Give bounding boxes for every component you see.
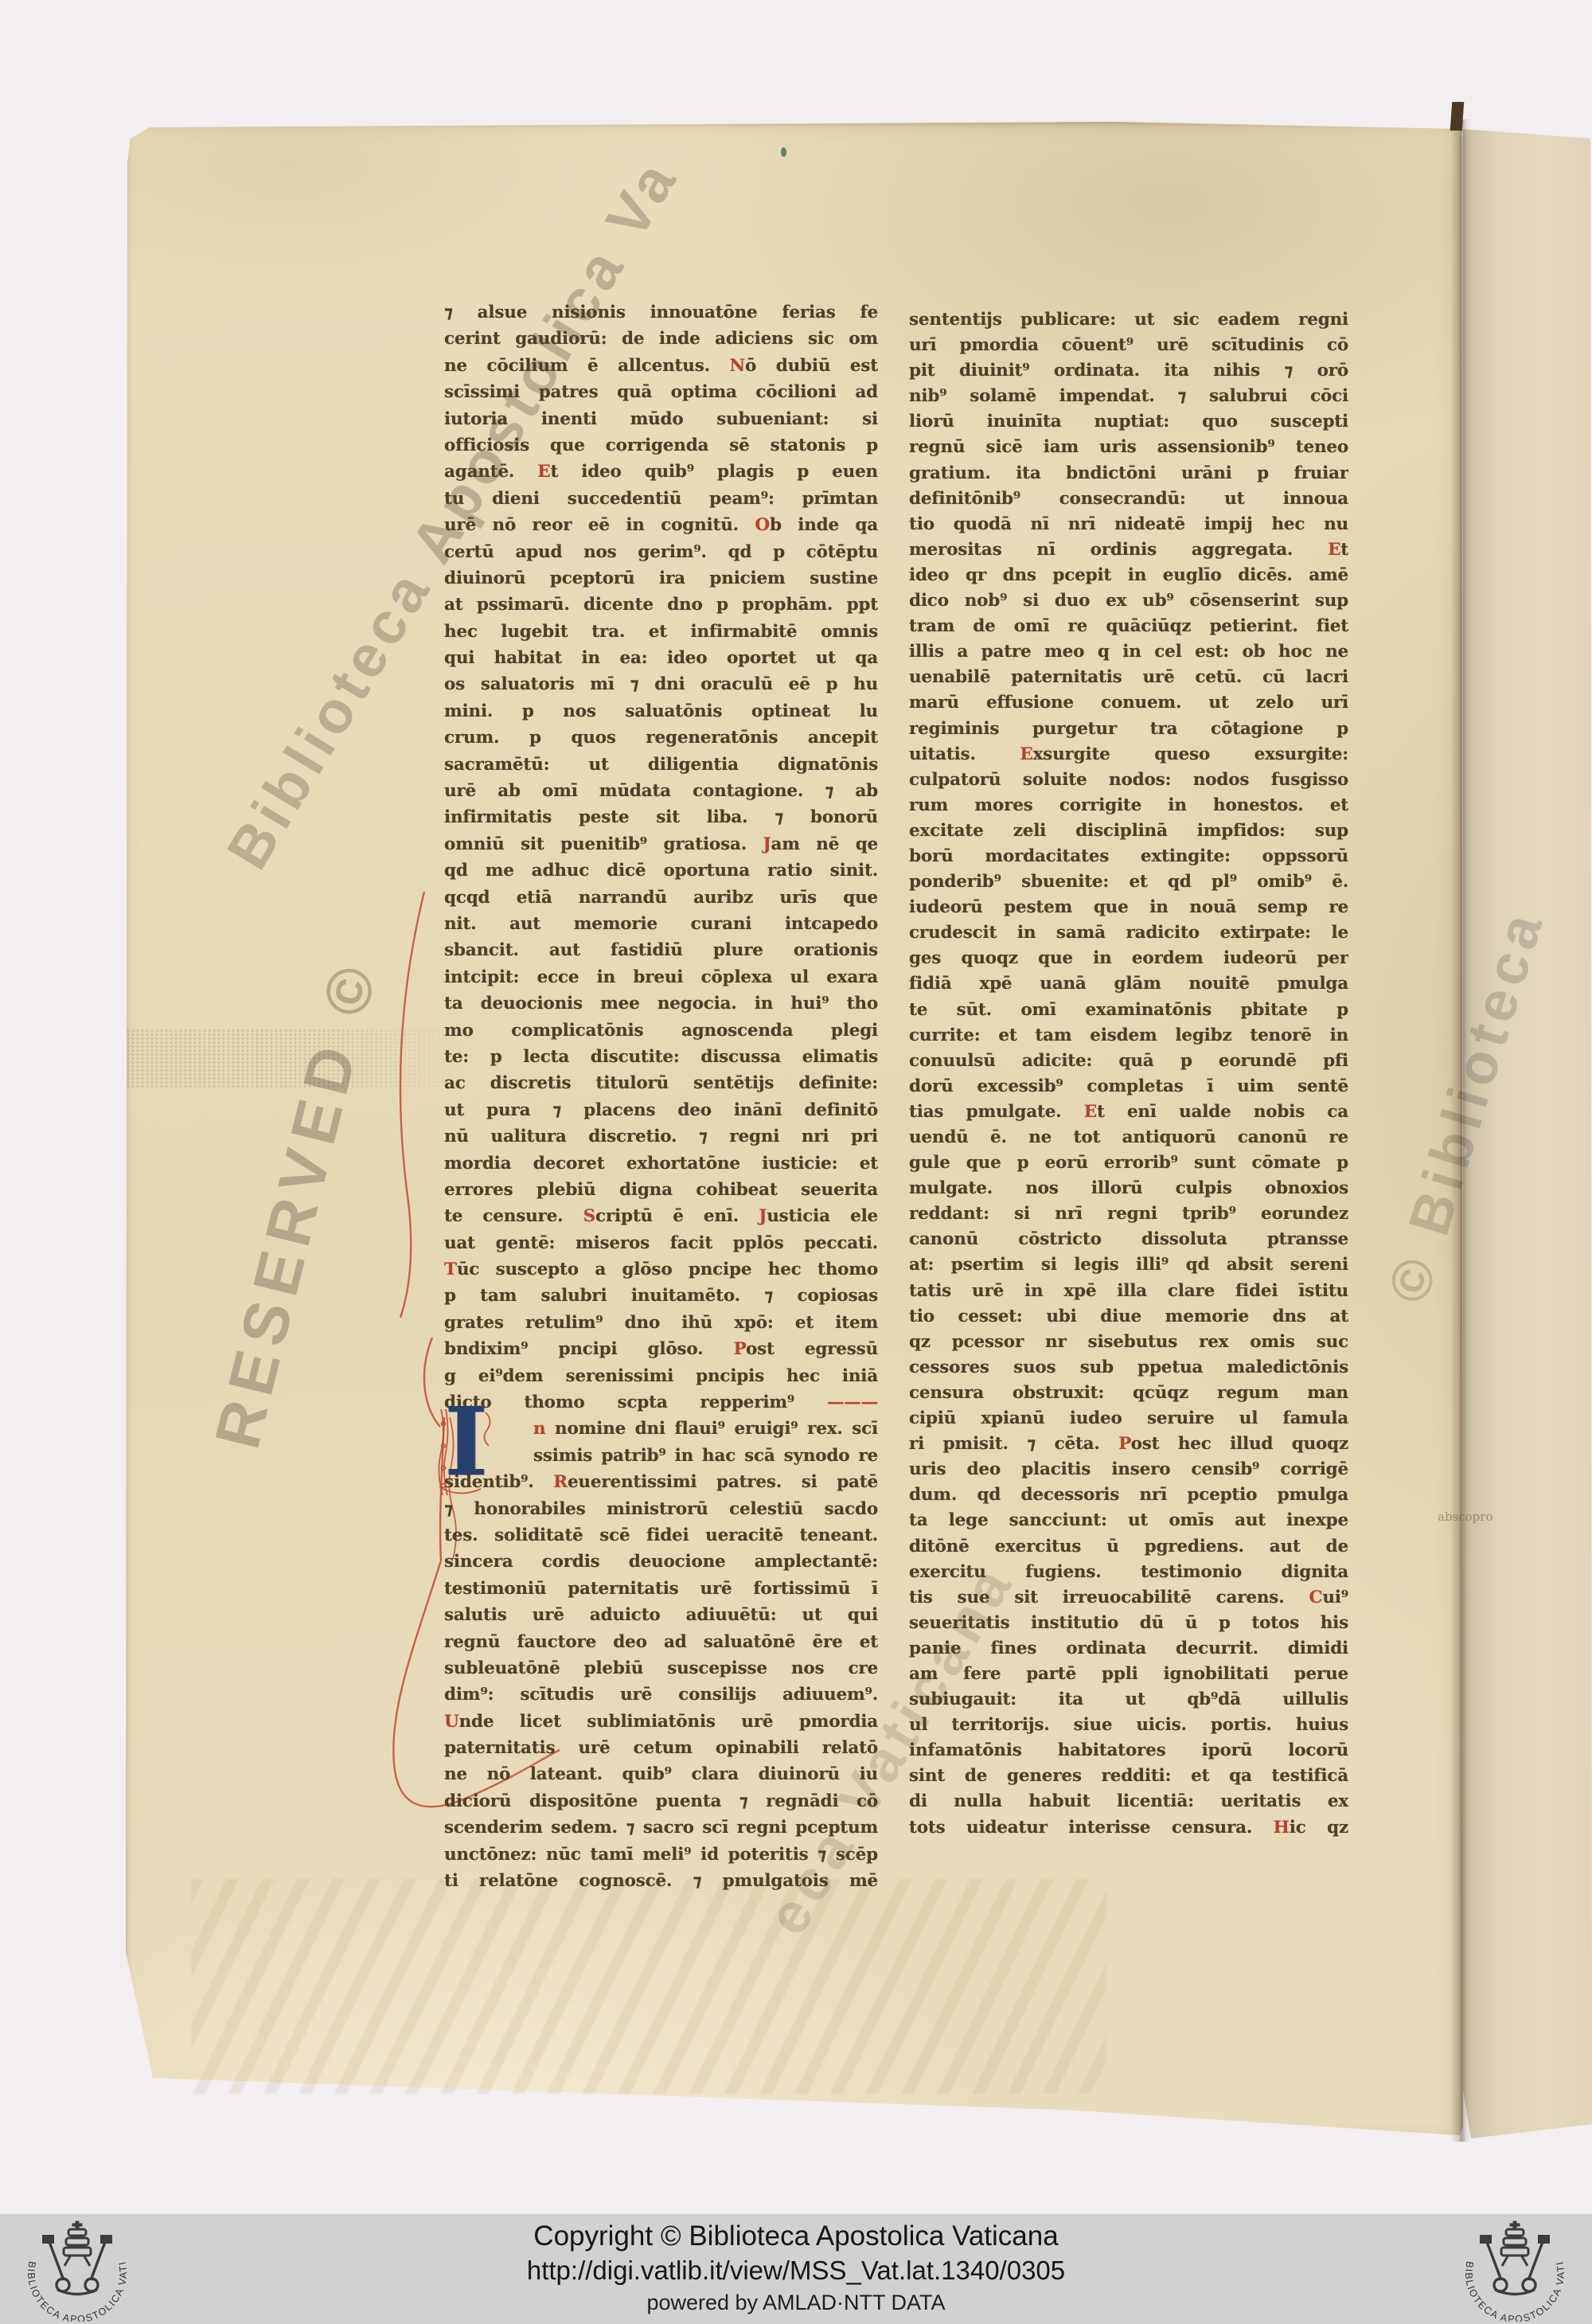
manuscript-text-line: n nomine dni flaui⁹ eruigi⁹ rex. scī [533,1416,878,1442]
manuscript-text-line: uat gentē: miseros facit pplōs peccati. [444,1230,878,1256]
manuscript-text-line: intcipit: ecce in breui cōplexa ul exara [444,964,878,990]
manuscript-text-line: Tūc suscepto a glōso pncipe hec thomo [444,1256,878,1283]
manuscript-text-line: mo complicatōnis agnoscenda plegi [444,1017,878,1044]
manuscript-text-line: agantē. Et ideo quib⁹ plagis p euen [444,459,878,485]
manuscript-text-line: scīssimi patres quā optima cōcilioni ad [444,379,878,405]
manuscript-text-line: gule que p eorū errorib⁹ sunt cōmate p [909,1150,1348,1176]
manuscript-text-line: certū apud nos gerim⁹. qd p cōtēptu [444,539,878,565]
manuscript-text-line: dum. qd decessoris nrī pceptio pmulga [909,1482,1348,1508]
digitized-manuscript-page: Biblioteca Apostolica Va RESERVED © © Bi… [0,0,1592,2324]
manuscript-text-line: marū effusione conuem. ut zelo urī [909,690,1348,716]
manuscript-text-line: te sūt. omī examinatōnis pbitate p [909,998,1348,1023]
manuscript-text-line: am fere partē ppli ignobilitati perue [909,1662,1348,1687]
manuscript-text-line: liorū inuinīta nuptiat: quo suscepti [909,409,1348,435]
manuscript-text-line: mordia decoret exhortatōne iusticie: et [444,1150,878,1177]
manuscript-text-line: gratium. ita bndictōni urāni p fruiar [909,461,1348,486]
manuscript-text-line: dico nob⁹ si duo ex ub⁹ cōsenserint sup [909,588,1348,614]
manuscript-text-line: urē nō reor eē in cognitū. Ob inde qa [444,512,878,538]
manuscript-text-line: infirmitatis peste sit liba. ⁊ bonorū [444,804,878,830]
manuscript-text-line: tio quodā nī nrī nideatē impij hec nu [909,512,1348,537]
manuscript-text-line: tias pmulgate. Et enī ualde nobis ca [909,1100,1348,1125]
manuscript-text-line: qcqd etiā narrandū auribz urīs que [444,885,878,911]
manuscript-text-line: sententijs publicare: ut sic eadem regni [909,307,1348,333]
powered-by-line: powered by AMLAD·NTT DATA [239,2287,1353,2318]
manuscript-text-line: diuinorū pceptorū ira pniciem sustine [444,565,878,592]
manuscript-text-line: excitate zeli disciplinā impfidos: sup [909,818,1348,844]
manuscript-text-line: tu dieni succedentiū peam⁹: prīmtan [444,486,878,512]
manuscript-text-line: canonū cōstricto dissoluta ptransse [909,1227,1348,1252]
manuscript-text-line: salutis urē aduicto adiuuētū: ut qui [444,1602,878,1628]
manuscript-text-line: panie fines ordinata decurrit. dimidi [909,1636,1348,1662]
manuscript-text-line: regnū fauctore deo ad saluatōnē ēre et [444,1629,878,1655]
manuscript-text-line: ti relatōne cognoscē. ⁊ pmulgatois mē [444,1868,878,1894]
manuscript-text-line: p tam salubri inuitamēto. ⁊ copiosas [444,1283,878,1309]
manuscript-text-line: tis sue sit irreuocabilitē carens. Cui⁹ [909,1585,1348,1611]
manuscript-text-line: ri pmisit. ⁊ cēta. Post hec illud quoqz [909,1432,1348,1457]
manuscript-text-line: sint de generes redditi: et qa testificā [909,1764,1348,1789]
manuscript-text-line: reddant: si nrī regni tprib⁹ eorundez [909,1201,1348,1227]
manuscript-text-line: omniū sit puenitib⁹ gratiosa. Jam nē qe [444,831,878,857]
manuscript-text-line: cerint gaudiorū: de inde adiciens sic om [444,326,878,352]
manuscript-text-line: dicto thomo scpta repperim⁹ ——— [444,1389,878,1416]
manuscript-text-line: cessores suos sub ppetua maledictōnis [909,1355,1348,1381]
manuscript-conjoint-leaf [1463,124,1592,2140]
manuscript-text-line: qd me adhuc dicē oportuna ratio sinit. [444,857,878,884]
manuscript-text-line: ssimis patrib⁹ in hac scā synodo re [533,1443,878,1469]
manuscript-text-line: ⁊ honorabiles ministrorū celestiū sacdo [444,1496,878,1522]
manuscript-text-line: officiosis que corrigenda sē statonis p [444,432,878,459]
manuscript-text-line: scenderim sedem. ⁊ sacro scī regni pcept… [444,1814,878,1841]
crossed-keys-icon [42,2235,112,2295]
manuscript-text-line: ges quoqz que in eordem iudeorū per [909,946,1348,971]
emblem-arc-text: BIBLIOTECA APOSTOLICA VATICANA [18,2218,129,2322]
papal-tiara-icon [1501,2221,1528,2266]
manuscript-text-line: nū ualitura discretio. ⁊ regni nri pri [444,1123,878,1150]
manuscript-text-line: g ei⁹dem serenissimi pncipis hec iniā [444,1363,878,1389]
manuscript-text-line: culpatorū soluite nodos: nodos fusgisso [909,768,1348,793]
manuscript-text-line: nit. aut memorie curani intcapedo [444,911,878,937]
manuscript-text-line: paternitatis urē cetum opinabili relatō [444,1735,878,1761]
scan-smudge-band [126,1029,476,1088]
binding-gutter-shadow [1450,119,1471,2142]
manuscript-text-line: uitatis. Exsurgite queso exsurgite: [909,742,1348,768]
footer-text-block: Copyright © Biblioteca Apostolica Vatica… [239,2219,1353,2318]
manuscript-text-line: diciorū dispositōne puenta ⁊ regnādi cō [444,1788,878,1814]
manuscript-text-line: fidiā xpē uanā glām nouitē pmulga [909,971,1348,997]
manuscript-text-line: Unde licet sublimiatōnis urē pmordia [444,1709,878,1735]
manuscript-text-line: mini. p nos saluatōnis optineat lu [444,698,878,725]
binding-tab [1450,102,1465,131]
manuscript-text-line: pit diuinit⁹ ordinata. ita nihis ⁊ orō [909,358,1348,384]
manuscript-text-line: di nulla habuit licentiā: ueritatis ex [909,1789,1348,1814]
manuscript-text-line: regiminis purgetur tra cōtagione p [909,717,1348,742]
manuscript-text-line: dim⁹: scītudis urē consilijs adiuuem⁹. [444,1681,878,1708]
manuscript-text-line: censura obstruxit: qcūqz regum man [909,1381,1348,1406]
manuscript-text-line: conuulsū adicite: quā p eorundē pfi [909,1049,1348,1074]
scan-speck [781,147,786,157]
crossed-keys-icon [1480,2235,1550,2295]
source-url: http://digi.vatlib.it/view/MSS_Vat.lat.1… [239,2254,1353,2287]
manuscript-text-line: sincera cordis deuocione amplectantē: [444,1549,878,1575]
manuscript-text-line: tram de omī re quāciūqz petierint. fiet [909,614,1348,639]
manuscript-text-line: sidentib⁹. Reuerentissimi patres. si pat… [444,1469,878,1495]
manuscript-text-line: urī pmordia cōuent⁹ urē scītudinis cō [909,333,1348,358]
manuscript-text-line: sbancit. aut fastidiū plure orationis [444,937,878,963]
manuscript-text-line: mulgate. nos illorū culpis obnoxios [909,1176,1348,1201]
manuscript-text-line: cipiū xpianū iudeo seruire ul famula [909,1406,1348,1432]
manuscript-column-left: ⁊ alsue nisionis innouatōne ferias fecer… [444,299,878,1894]
manuscript-text-line: ne nō lateant. quib⁹ clara diuinorū iu [444,1761,878,1787]
manuscript-text-line: errores plebiū digna cohibeat seuerita [444,1177,878,1203]
footer-bar: Copyright © Biblioteca Apostolica Vatica… [0,2214,1592,2324]
manuscript-text-line: illis a patre meo q in cel est: ob hoc n… [909,639,1348,665]
manuscript-text-line: unctōnez: nūc tamī meli⁹ id poteritis ⁊ … [444,1842,878,1868]
manuscript-text-line: ne cōcilium ē allcentus. Nō dubiū est [444,353,878,379]
manuscript-text-line: definitōnib⁹ consecrandū: ut innoua [909,486,1348,512]
manuscript-text-line: ponderib⁹ sbuenite: et qd pl⁹ omib⁹ ē. [909,869,1348,895]
manuscript-text-line: seueritatis institutio dū ū p totos his [909,1611,1348,1636]
manuscript-text-line: uendū ē. ne tot antiquorū canonū re [909,1125,1348,1150]
manuscript-text-line: at pssimarū. dicente dno p prophām. ppt [444,592,878,618]
manuscript-text-line: currite: et tam eisdem legibz tenorē in [909,1023,1348,1049]
manuscript-text-line: ta deuocionis mee negocia. in hui⁹ tho [444,990,878,1017]
manuscript-text-line: ac discretis titulorū sentētijs definite… [444,1070,878,1096]
svg-text:BIBLIOTECA APOSTOLICA VATICANA: BIBLIOTECA APOSTOLICA VATICANA [1455,2218,1567,2322]
manuscript-text-line: tatis urē in xpē illa clare fidei īstitu [909,1279,1348,1304]
manuscript-text-line: te: p lecta discutite: discussa elimatis [444,1044,878,1070]
manuscript-text-line: infamatōnis habitatores iporū locorū [909,1738,1348,1764]
manuscript-text-line: subleuatōnē plebiū suscepisse nos cre [444,1655,878,1681]
manuscript-text-line: subiugauit: ita ut qb⁹dā uillulis [909,1687,1348,1713]
manuscript-text-line: tio cesset: ubi diue memorie dns at [909,1304,1348,1330]
manuscript-text-line: te censure. Scriptū ē enī. Justicia ele [444,1203,878,1229]
manuscript-text-line: crum. p quos regeneratōnis ancepit [444,725,878,751]
manuscript-text-line: uenabilē paternitatis urē cetū. cū lacri [909,665,1348,690]
vatican-library-emblem-left: BIBLIOTECA APOSTOLICA VATICANA [18,2218,137,2322]
copyright-line: Copyright © Biblioteca Apostolica Vatica… [239,2219,1353,2254]
manuscript-text-line: merositas nī ordinis aggregata. Et [909,537,1348,563]
marginal-gloss: abscopro [1438,1510,1492,1524]
manuscript-text-line: dorū excessib⁹ completas ī uim sentē [909,1074,1348,1100]
manuscript-text-line: borū mordacitates extingite: oppssorū [909,844,1348,869]
manuscript-text-line: tots uideatur interisse censura. Hic qz [909,1815,1348,1841]
manuscript-text-line: iudeorū pestem que in nouā semp re [909,895,1348,920]
svg-text:BIBLIOTECA APOSTOLICA VATICANA: BIBLIOTECA APOSTOLICA VATICANA [18,2218,129,2322]
manuscript-text-line: ul territorijs. siue uicis. portis. huiu… [909,1713,1348,1738]
manuscript-text-line: crudescit in samā radicito extirpate: le [909,920,1348,946]
papal-tiara-icon [64,2221,91,2266]
manuscript-text-line: nib⁹ solamē impendat. ⁊ salubrui cōci [909,384,1348,409]
manuscript-text-line: iutoria inenti mūdo subueniant: si [444,406,878,432]
manuscript-text-line: ⁊ alsue nisionis innouatōne ferias fe [444,299,878,326]
manuscript-text-line: grates retulim⁹ dno ihū xpō: et item [444,1310,878,1336]
manuscript-text-line: os saluatoris mī ⁊ dni oraculū eē p hu [444,671,878,697]
manuscript-text-line: bndixim⁹ pncipi glōso. Post egressū [444,1336,878,1362]
manuscript-text-line: urē ab omī mūdata contagione. ⁊ ab [444,778,878,804]
manuscript-text-line: sacramētū: ut diligentia dignatōnis [444,752,878,778]
emblem-arc-text: BIBLIOTECA APOSTOLICA VATICANA [1455,2218,1567,2322]
manuscript-column-right: sententijs publicare: ut sic eadem regni… [909,307,1348,1841]
manuscript-text-line: testimoniū paternitatis urē fortissimū ī [444,1576,878,1602]
manuscript-text-line: ditōnē exercitus ū pgrediens. aut de [909,1534,1348,1560]
parchment-stain-streaks [191,1879,1106,2094]
manuscript-text-line: uris deo placitis insero censib⁹ corrigē [909,1457,1348,1482]
manuscript-text-line: at: psertim si legis illi⁹ qd absit sere… [909,1252,1348,1278]
manuscript-text-line: qz pcessor nr sisebutus rex omis suc [909,1330,1348,1355]
manuscript-text-line: ideo qr dns pcepit in euglīo dicēs. amē [909,563,1348,588]
manuscript-text-line: hec lugebit tra. et infirmabitē omnis [444,619,878,645]
manuscript-text-line: ut pura ⁊ placens deo inānī definitō [444,1097,878,1123]
manuscript-text-line: regnū sicē iam uris assensionib⁹ teneo [909,435,1348,460]
vatican-library-emblem-right: BIBLIOTECA APOSTOLICA VATICANA [1455,2218,1574,2322]
manuscript-text-line: rum mores corrigite in honestos. et [909,793,1348,818]
manuscript-text-line: tes. soliditatē scē fidei ueracitē tenea… [444,1522,878,1549]
manuscript-text-line: exercitu fugiens. testimonio dignita [909,1560,1348,1585]
manuscript-text-line: qui habitat in ea: ideo oportet ut qa [444,645,878,671]
manuscript-text-line: ta lege sancciunt: ut omīs aut inexpe [909,1508,1348,1533]
